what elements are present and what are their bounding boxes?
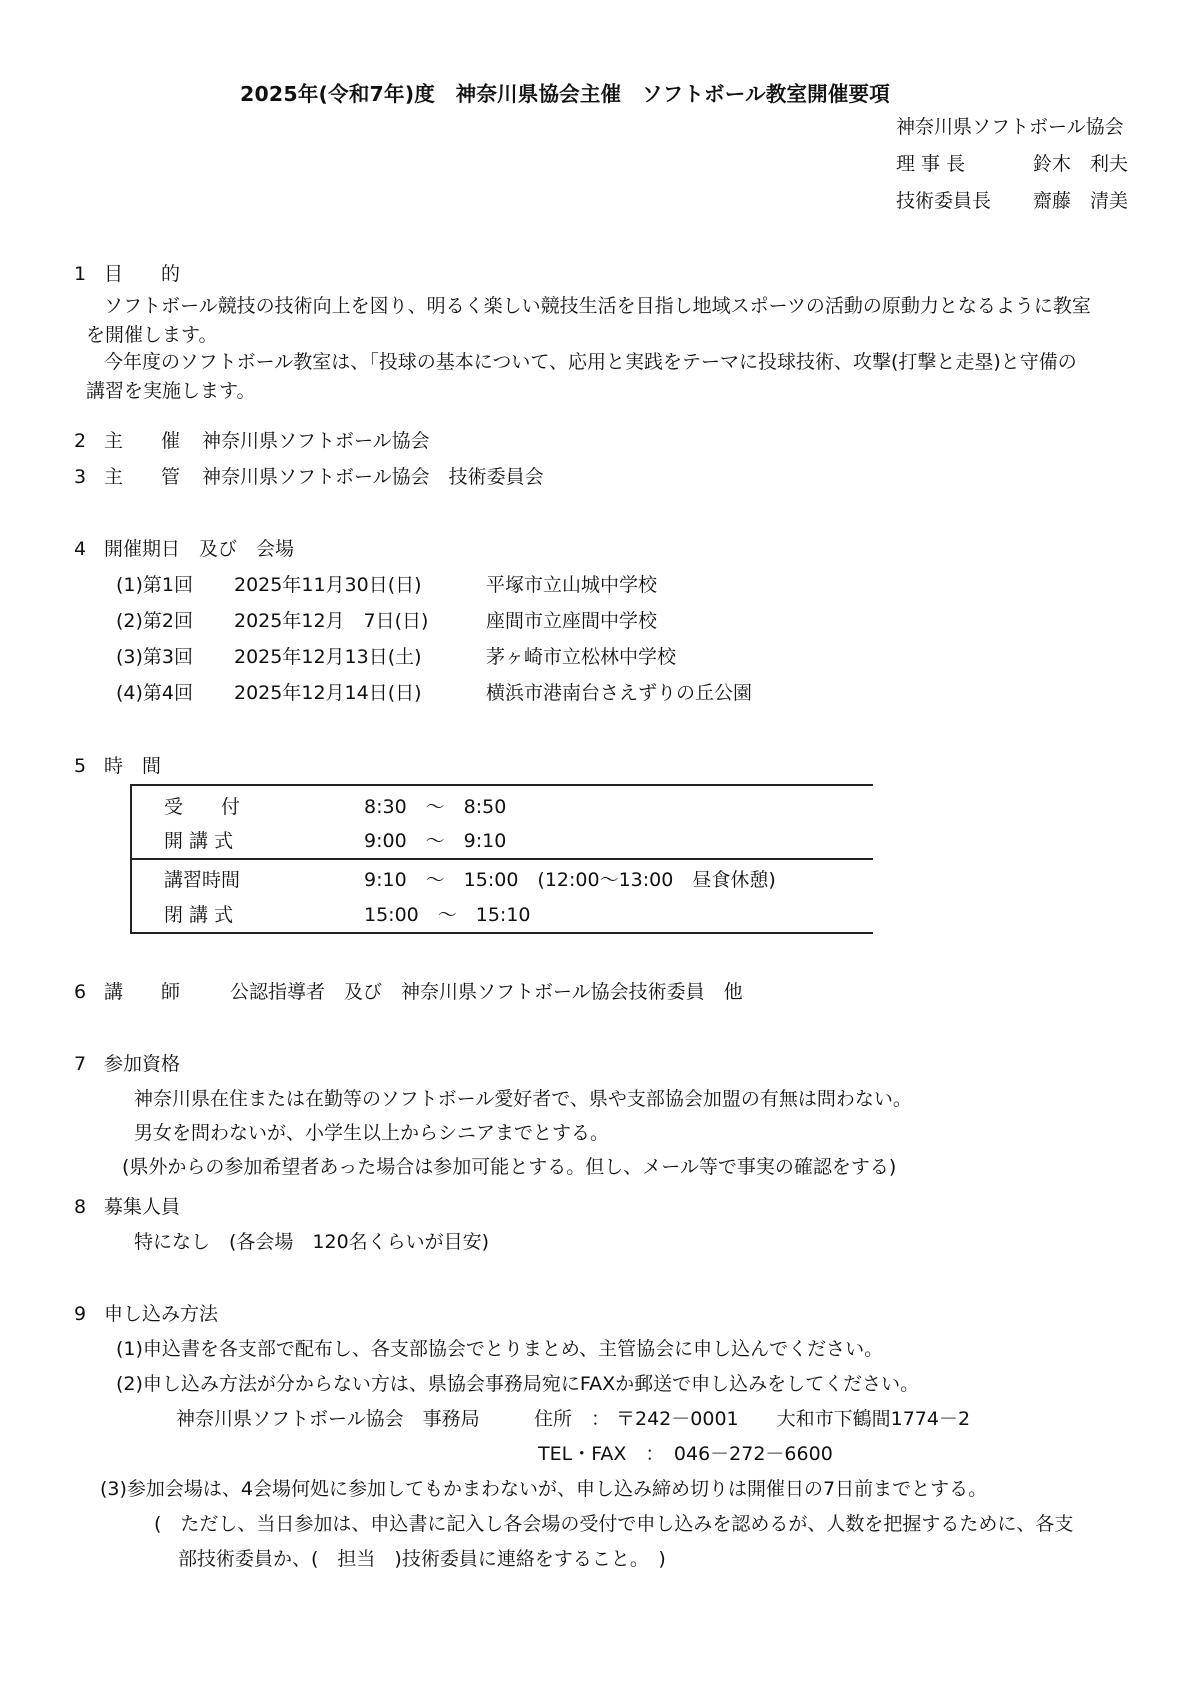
schedule-table: 受 付8:30 ～ 8:50 開 講 式9:00 ～ 9:10 講習時間9:10… [130, 784, 873, 934]
section-number: 9 [74, 1305, 104, 1324]
session-number: (2)第2回 [116, 612, 234, 631]
section-eligibility-heading: 7参加資格 [74, 1055, 180, 1074]
session-venue: 平塚市立山城中学校 [486, 574, 657, 596]
signatory-chairman: 理 事 長鈴木 利夫 [896, 155, 1128, 174]
section-number: 5 [74, 757, 104, 776]
eligibility-line-2: 男女を問わないが、小学生以上からシニアまでとする。 [134, 1124, 609, 1143]
office-info-line: 神奈川県ソフトボール協会 事務局住所 ：〒242－0001 大和市下鶴間1774… [176, 1410, 970, 1429]
session-number: (1)第1回 [116, 576, 234, 595]
section-host: 2主 催神奈川県ソフトボール協会 [74, 432, 430, 451]
purpose-line-2: を開催します。 [86, 326, 217, 345]
section-heading: 時 間 [104, 755, 161, 777]
schedule-row-session: 講習時間9:10 ～ 15:00 (12:00～13:00 昼食休憩) [164, 871, 776, 890]
section-heading: 講 師 [104, 983, 230, 1002]
office-name: 神奈川県ソフトボール協会 事務局 [176, 1410, 534, 1429]
schedule-time: 15:00 ～ 15:10 [364, 904, 531, 926]
schedule-time: 9:00 ～ 9:10 [364, 830, 506, 852]
section-heading: 参加資格 [104, 1053, 180, 1075]
section-number: 4 [74, 540, 104, 559]
schedule-row-opening: 開 講 式9:00 ～ 9:10 [164, 832, 506, 851]
signatory-role: 技術委員長 [896, 192, 1033, 211]
purpose-line-1: ソフトボール競技の技術向上を図り、明るく楽しい競技生活を目指し地域スポーツの活動… [104, 297, 1091, 316]
document-title: 2025年(令和7年)度 神奈川県協会主催 ソフトボール教室開催要項 [240, 84, 890, 105]
schedule-label: 開 講 式 [164, 832, 364, 851]
eligibility-line-1: 神奈川県在住または在勤等のソフトボール愛好者で、県や支部協会加盟の有無は問わない… [134, 1090, 912, 1109]
schedule-label: 講習時間 [164, 871, 364, 890]
purpose-line-4: 講習を実施します。 [86, 382, 255, 401]
purpose-line-3: 今年度のソフトボール教室は、「投球の基本について、応用と実践をテーマに投球技術、… [104, 353, 1077, 372]
application-item-1: (1)申込書を各支部で配布し、各支部協会でとりまとめ、主管協会に申し込んでくださ… [116, 1340, 883, 1359]
session-venue: 茅ヶ崎市立松林中学校 [486, 646, 676, 668]
venue-row: (1)第1回2025年11月30日(日)平塚市立山城中学校 [116, 576, 657, 595]
venue-row: (4)第4回2025年12月14日(日)横浜市港南台さえずりの丘公園 [116, 684, 752, 703]
issuer-organization: 神奈川県ソフトボール協会 [896, 118, 1124, 137]
section-capacity-heading: 8募集人員 [74, 1198, 180, 1217]
session-venue: 座間市立座間中学校 [486, 610, 657, 632]
application-item-3: (3)参加会場は、4会場何処に参加してもかまわないが、申し込み締め切りは開催日の… [100, 1480, 987, 1499]
section-organizer: 3主 管神奈川県ソフトボール協会 技術委員会 [74, 468, 544, 487]
section-instructors: 6講 師公認指導者 及び 神奈川県ソフトボール協会技術委員 他 [74, 983, 743, 1002]
signatory-technical-chair: 技術委員長齋藤 清美 [896, 192, 1128, 211]
application-note-line-2: 部技術委員か、( 担当 )技術委員に連絡をすること。 ) [178, 1550, 666, 1569]
section-dates-venues-heading: 4開催期日 及び 会場 [74, 540, 294, 559]
section-number: 8 [74, 1198, 104, 1217]
office-address: 〒242－0001 大和市下鶴間1774－2 [616, 1408, 970, 1430]
section-application-heading: 9申し込み方法 [74, 1305, 218, 1324]
schedule-time: 9:10 ～ 15:00 (12:00～13:00 昼食休憩) [364, 869, 776, 891]
section-heading: 主 管 [104, 468, 202, 487]
session-number: (4)第4回 [116, 684, 234, 703]
schedule-label: 閉 講 式 [164, 906, 364, 925]
section-heading: 主 催 [104, 432, 202, 451]
application-item-2: (2)申し込み方法が分からない方は、県協会事務局宛にFAXか郵送で申し込みをして… [116, 1375, 919, 1394]
capacity-value: 特になし (各会場 120名くらいが目安) [134, 1233, 489, 1252]
signatory-role: 理 事 長 [896, 155, 1033, 174]
section-heading: 募集人員 [104, 1196, 180, 1218]
schedule-row-reception: 受 付8:30 ～ 8:50 [164, 798, 506, 817]
section-heading: 申し込み方法 [104, 1303, 218, 1325]
application-note-line-1: ( ただし、当日参加は、申込書に記入し各会場の受付で申し込みを認めるが、人数を把… [154, 1515, 1073, 1534]
signatory-name: 鈴木 利夫 [1033, 153, 1128, 175]
section-purpose-heading: 1目 的 [74, 265, 180, 284]
venue-row: (2)第2回2025年12月 7日(日)座間市立座間中学校 [116, 612, 657, 631]
section-number: 3 [74, 468, 104, 487]
session-number: (3)第3回 [116, 648, 234, 667]
session-date: 2025年12月 7日(日) [234, 612, 486, 631]
organizer-value: 神奈川県ソフトボール協会 技術委員会 [202, 466, 544, 488]
section-number: 2 [74, 432, 104, 451]
session-date: 2025年12月13日(土) [234, 648, 486, 667]
section-number: 1 [74, 265, 104, 284]
session-venue: 横浜市港南台さえずりの丘公園 [486, 682, 752, 704]
section-schedule-heading: 5時 間 [74, 757, 161, 776]
schedule-divider [132, 858, 873, 860]
schedule-time: 8:30 ～ 8:50 [364, 796, 506, 818]
eligibility-line-3: (県外からの参加希望者あった場合は参加可能とする。但し、メール等で事実の確認をす… [122, 1158, 896, 1177]
instructors-value: 公認指導者 及び 神奈川県ソフトボール協会技術委員 他 [230, 981, 743, 1003]
schedule-row-closing: 閉 講 式15:00 ～ 15:10 [164, 906, 531, 925]
schedule-label: 受 付 [164, 798, 364, 817]
section-number: 7 [74, 1055, 104, 1074]
host-value: 神奈川県ソフトボール協会 [202, 430, 430, 452]
section-heading: 目 的 [104, 263, 180, 285]
session-date: 2025年12月14日(日) [234, 684, 486, 703]
signatory-name: 齋藤 清美 [1033, 190, 1128, 212]
session-date: 2025年11月30日(日) [234, 576, 486, 595]
address-label: 住所 ： [534, 1410, 616, 1429]
office-tel-fax: TEL・FAX ： 046－272－6600 [538, 1445, 833, 1464]
venue-row: (3)第3回2025年12月13日(土)茅ヶ崎市立松林中学校 [116, 648, 676, 667]
section-heading: 開催期日 及び 会場 [104, 538, 294, 560]
section-number: 6 [74, 983, 104, 1002]
